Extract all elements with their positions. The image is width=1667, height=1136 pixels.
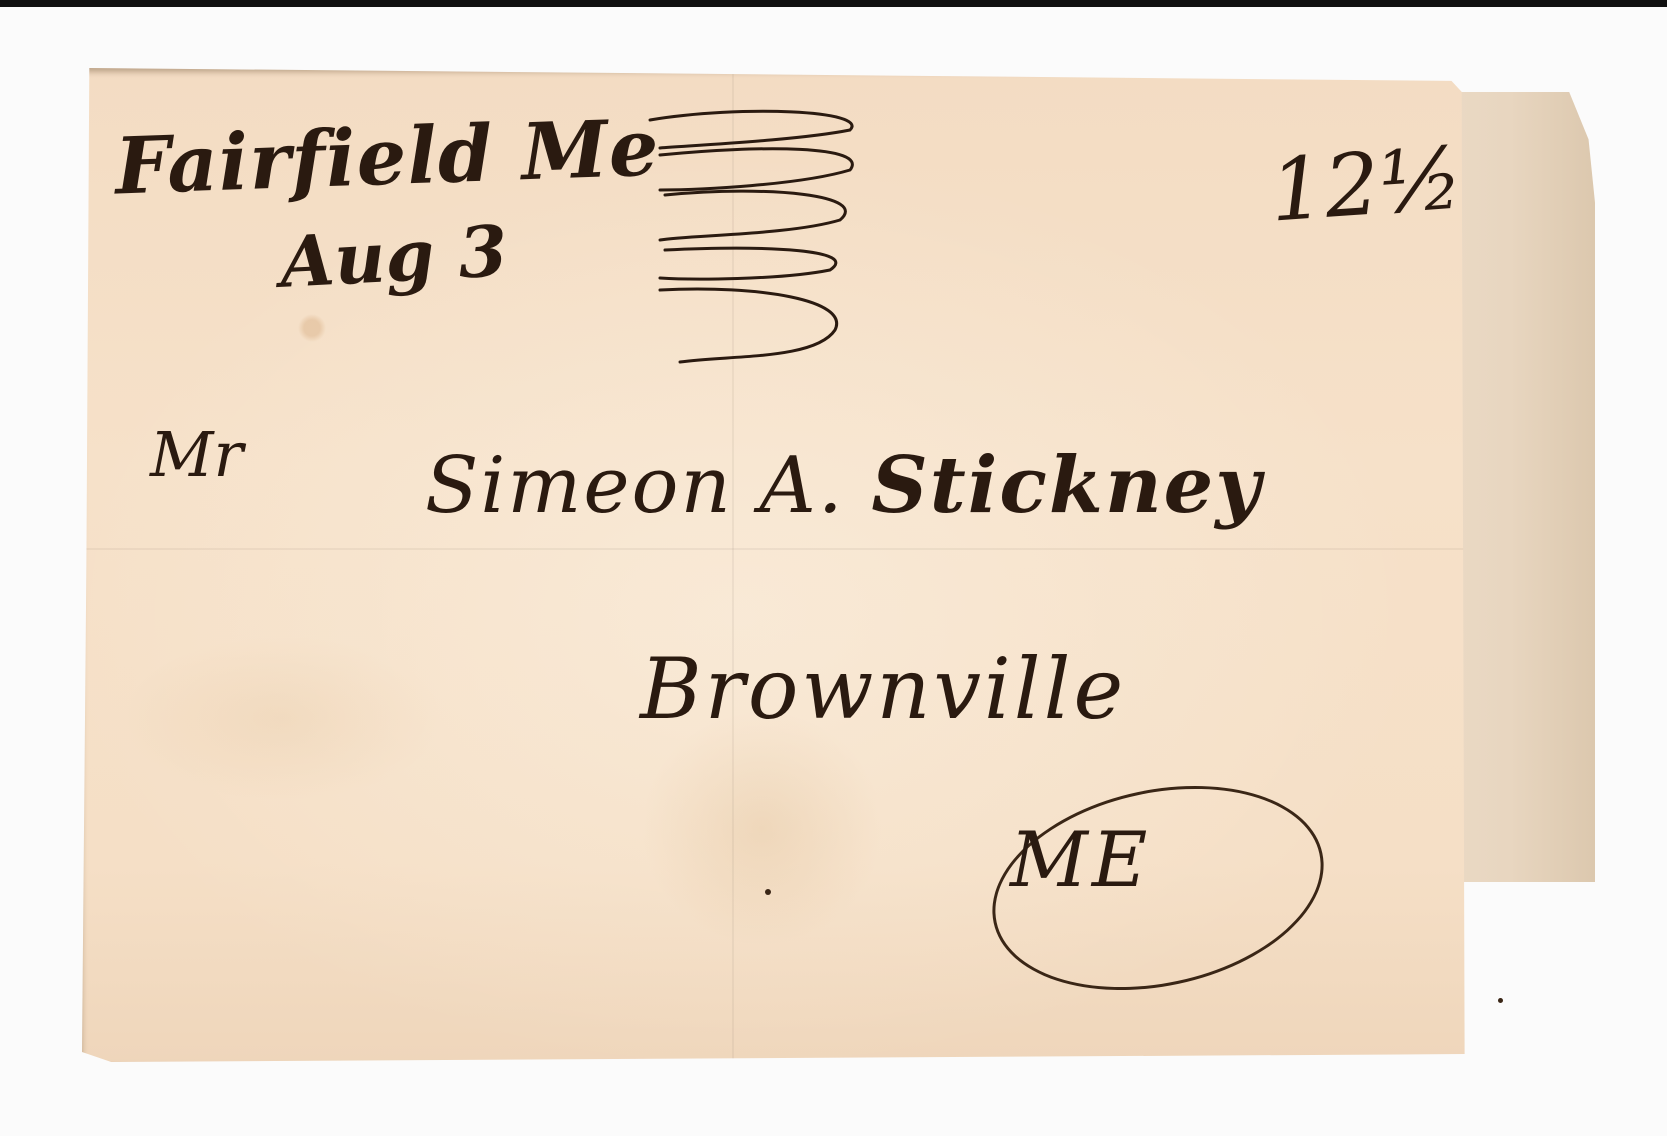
addressee-surname: Stickney xyxy=(871,440,1262,531)
postmark-town: Fairfield Me xyxy=(114,103,661,213)
destination-state: ME xyxy=(1010,815,1151,904)
postmark-date: Aug 3 xyxy=(278,209,509,304)
ink-speck xyxy=(1498,998,1503,1003)
postage-rate: 12½ xyxy=(1267,128,1466,241)
postmark-flourish xyxy=(620,100,920,380)
addressee-given-names: Simeon A. xyxy=(425,441,845,531)
address-salutation: Mr xyxy=(150,418,243,491)
horizontal-fold xyxy=(82,548,1542,550)
destination-town: Brownville xyxy=(640,640,1126,738)
addressee-name: Simeon A. Stickney xyxy=(425,440,1263,531)
scanner-top-edge xyxy=(0,0,1667,7)
ink-speck xyxy=(765,889,771,895)
